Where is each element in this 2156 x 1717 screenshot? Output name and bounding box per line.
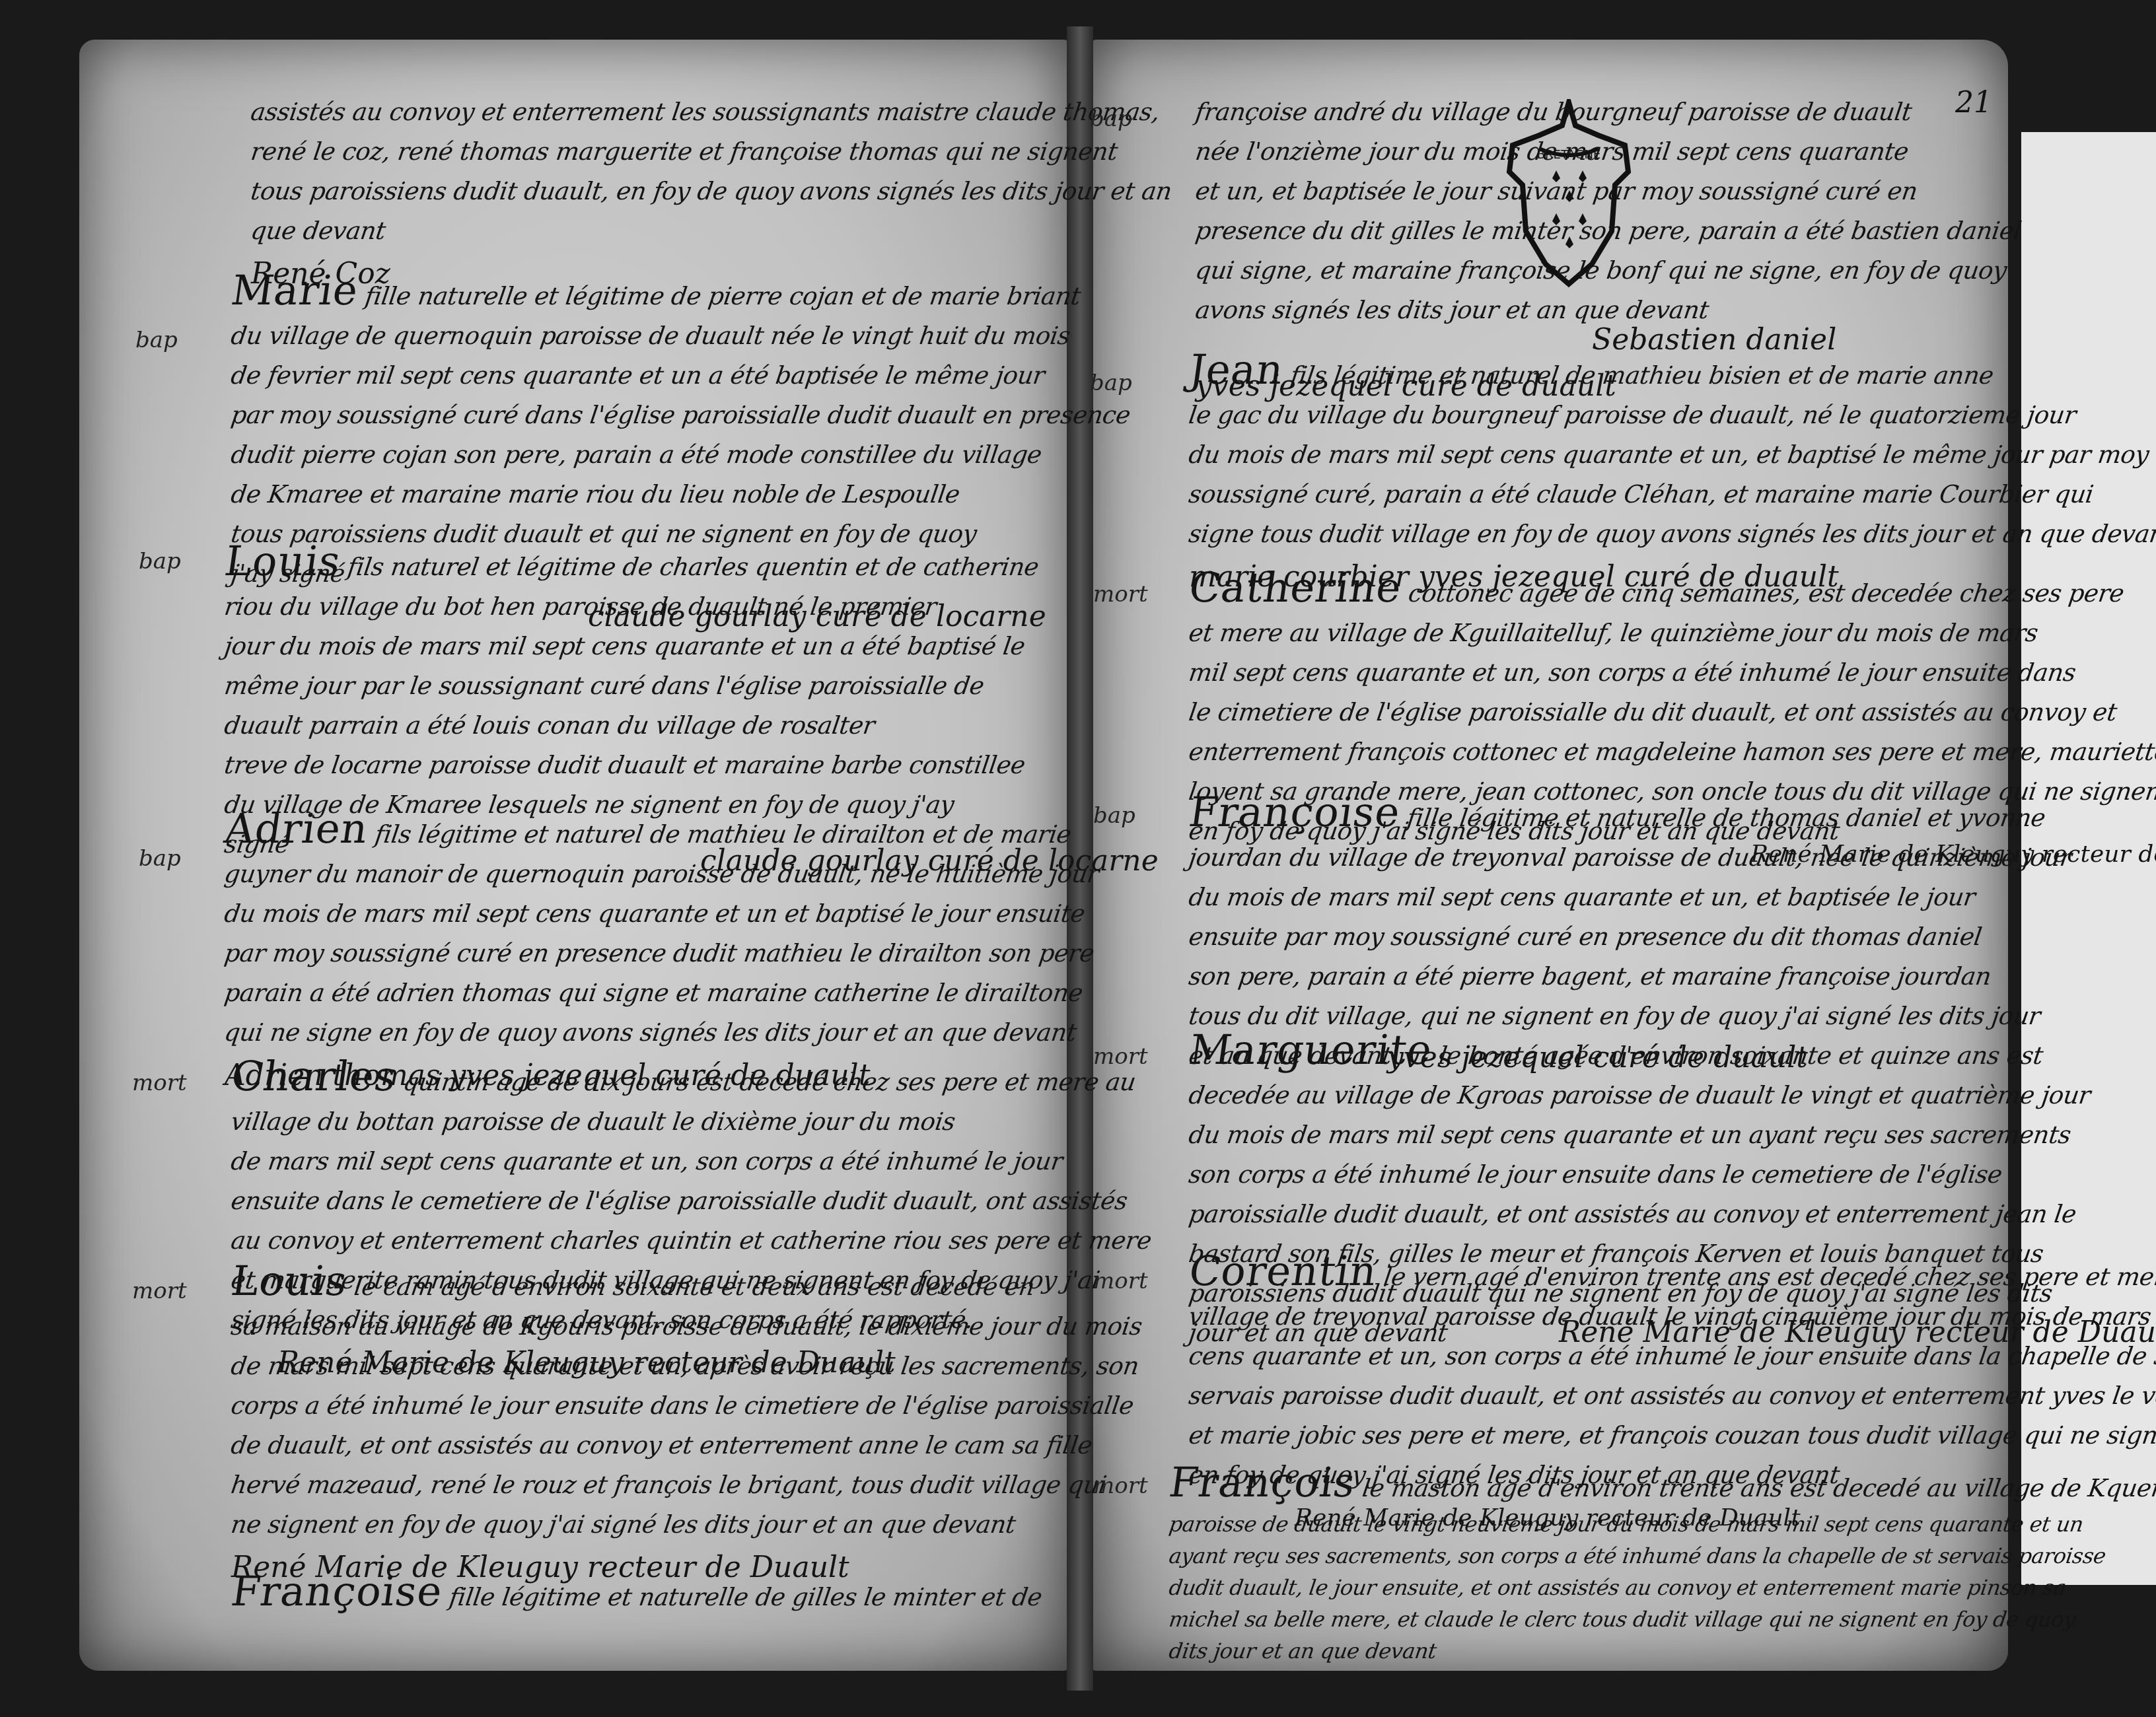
margin-label-bap: bap: [1090, 370, 1132, 396]
entry-left-6: Françoisefille légitime et naturelle de …: [231, 1572, 1042, 1617]
entry-left-0: assistés au convoy et enterrement les so…: [251, 92, 1172, 297]
entry-name: Jean: [1186, 345, 1287, 394]
entry-name: Françoise: [229, 1567, 446, 1615]
entry-right-6: Françoisle maston agé d'environ trente a…: [1169, 1463, 2156, 1667]
entry-name: Marie: [229, 266, 362, 314]
margin-label-mort: mort: [1093, 1473, 1148, 1499]
register-spread: 21 BRETAGNE assistés au convoy et enterr…: [0, 0, 2156, 1717]
entry-name: François: [1167, 1458, 1359, 1506]
margin-label-mort: mort: [1093, 581, 1148, 608]
margin-label-bap: bap: [1093, 802, 1135, 829]
entry-name: Louis: [229, 1257, 351, 1305]
entry-name: Corentin: [1186, 1247, 1381, 1295]
margin-label-bap: bap: [135, 327, 178, 353]
margin-label-bap: bap: [139, 548, 181, 575]
margin-label-mort: mort: [1093, 1043, 1148, 1070]
entry-name: Catherine: [1186, 563, 1405, 612]
margin-label-mort: mort: [1093, 1268, 1148, 1294]
entry-name: Françoise: [1186, 788, 1404, 836]
entry-name: Louis: [222, 537, 344, 585]
margin-label-bap: bap: [139, 845, 181, 872]
entry-left-5: Louisle cam agé d'environ soixante et de…: [231, 1261, 1142, 1591]
entry-name: Charles: [229, 1052, 400, 1100]
entry-name: Adrien: [222, 804, 372, 853]
entry-name: Marguerite: [1186, 1026, 1436, 1074]
margin-label-bap: bap: [1090, 106, 1132, 132]
margin-label-mort: mort: [132, 1070, 187, 1096]
margin-label-mort: mort: [132, 1278, 187, 1304]
